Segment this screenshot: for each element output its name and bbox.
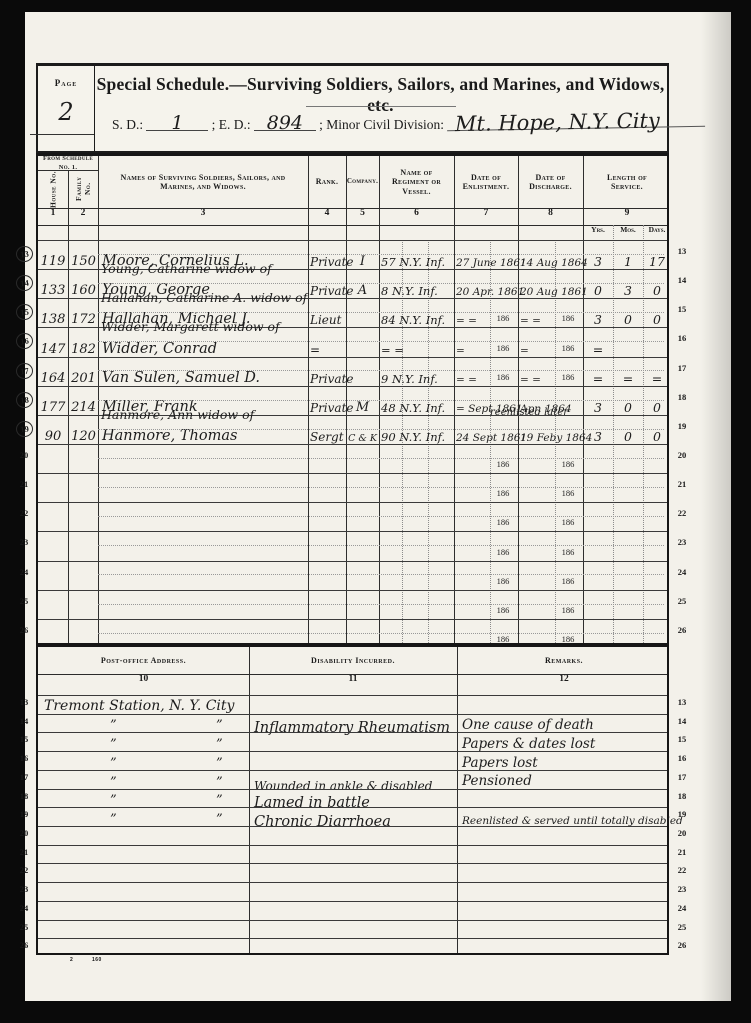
service-months: 3: [613, 283, 643, 298]
service-years: 3: [583, 312, 613, 327]
house-number: 119: [38, 254, 68, 269]
service-days: 17: [643, 254, 671, 269]
col-number-11: 11: [249, 674, 457, 695]
enlistment-year-print: 186: [490, 634, 516, 644]
service-days: 0: [643, 429, 671, 444]
discharge-value: 20 Aug 1861: [520, 286, 588, 298]
row-number: 15: [673, 734, 691, 744]
table-row: Tremont Station, N. Y. City: [38, 695, 667, 715]
rank-header: Rank.: [308, 156, 346, 208]
regiment-value: 8 N.Y. Inf.: [381, 284, 438, 298]
page-number-rule: [30, 134, 94, 135]
plate-mark: 2: [70, 957, 73, 963]
sd-value: 1: [146, 116, 208, 131]
enlistment-year-print: 186: [490, 459, 516, 469]
row-number: 19: [673, 809, 691, 819]
table-row: 164201Van Sulen, Samuel D.Private9 N.Y. …: [38, 357, 667, 387]
col-number-1: 1: [38, 208, 68, 225]
enlistment-value: = =: [456, 315, 477, 327]
discharge-value: =: [520, 345, 529, 357]
row-number: 16: [15, 332, 34, 350]
row-number: 17: [673, 772, 691, 782]
table-row: 186186: [38, 561, 667, 591]
address-disability-table: Post-office Address. Disability Incurred…: [36, 645, 669, 955]
table-row: 186186: [38, 473, 667, 503]
service-years: 3: [583, 429, 613, 444]
row-number: 23: [673, 537, 691, 547]
service-days: 0: [643, 312, 671, 327]
row-number: 23: [673, 884, 691, 894]
row-number: 22: [15, 508, 33, 518]
service-years: 3: [583, 254, 613, 269]
service-header: Length of Service.: [583, 156, 671, 208]
row-number: 16: [15, 753, 33, 763]
row-number: 26: [15, 625, 33, 635]
regiment-value: 84 N.Y. Inf.: [381, 313, 445, 327]
service-days: 0: [643, 283, 671, 298]
house-number: 138: [38, 312, 68, 327]
discharge-year-print: 186: [555, 488, 581, 498]
row-number: 14: [673, 275, 691, 285]
service-years: 0: [583, 283, 613, 298]
row-number: 18: [673, 791, 691, 801]
row-number: 18: [15, 791, 33, 801]
right-row-numbers: 1314151617181920212223242526: [673, 693, 691, 955]
discharge-value: = =: [520, 374, 541, 386]
widow-name: Hallahan, Catharine A. widow of: [101, 290, 307, 305]
row-number: 22: [15, 865, 33, 875]
row-number: 21: [673, 847, 691, 857]
row-number: 24: [15, 903, 33, 913]
enlistment-value: = =: [456, 374, 477, 386]
row-number: 20: [15, 450, 33, 460]
house-number: 133: [38, 283, 68, 298]
header-rule: [38, 208, 667, 209]
row-number: 26: [673, 940, 691, 950]
table-row: 186186: [38, 590, 667, 620]
row-number: 16: [673, 333, 691, 343]
regiment-value: 90 N.Y. Inf.: [381, 430, 445, 444]
table-row: [38, 863, 667, 883]
row-number: 13: [15, 697, 33, 707]
enlistment-year-print: 186: [490, 343, 516, 353]
row-number: 19: [15, 420, 34, 438]
discharge-year-print: 186: [555, 547, 581, 557]
house-number: 177: [38, 400, 68, 415]
widow-name: Young, Catharine widow of: [101, 261, 272, 276]
ditto-mark: ”: [110, 812, 117, 827]
service-years: 3: [583, 400, 613, 415]
enlistment-year-print: 186: [490, 576, 516, 586]
discharge-value: 19 Feby 1864: [520, 432, 592, 444]
disability-header: Disability Incurred.: [249, 647, 457, 674]
table-row: ””Chronic DiarrhoeaReenlisted & served u…: [38, 807, 667, 827]
page-cell: Page 2: [38, 66, 95, 151]
remarks-value: One cause of death: [462, 717, 594, 733]
table-row: ””Papers lost: [38, 751, 667, 771]
service-months: 0: [613, 312, 643, 327]
family-no-header: Family No.: [68, 170, 98, 208]
plate-mark: 160: [92, 957, 102, 963]
address-value: Tremont Station, N. Y. City: [44, 698, 234, 714]
ditto-mark: ”: [110, 756, 117, 771]
row-number: 17: [673, 363, 691, 373]
row-number: 19: [673, 421, 691, 431]
table-row: [38, 901, 667, 921]
row-number: 23: [15, 884, 33, 894]
left-row-numbers: 1314151617181920212223242526: [15, 693, 33, 955]
names-header: Names of Surviving Soldiers, Sailors, an…: [100, 156, 306, 208]
ditto-mark: ”: [216, 812, 223, 827]
title-rule: [306, 106, 456, 107]
table-row: [38, 845, 667, 865]
family-number: 172: [68, 312, 99, 327]
row-number: 25: [673, 596, 691, 606]
regiment-value: 9 N.Y. Inf.: [381, 372, 438, 386]
veterans-table: From Schedule No. 1. House No. Family No…: [36, 153, 669, 645]
enlistment-year-print: 186: [490, 547, 516, 557]
left-row-numbers: 1314151617181920212223242526: [15, 237, 33, 645]
yrs-subheader: Yrs.: [583, 225, 613, 240]
table-row: 186186: [38, 444, 667, 474]
mcd-value: Mt. Hope, N.Y. City: [447, 114, 705, 132]
rank-value: Sergt: [310, 430, 344, 444]
page-label: Page: [38, 78, 94, 88]
family-number: 150: [68, 254, 99, 269]
table-row: [38, 938, 667, 958]
header-rule: [38, 225, 667, 226]
company-value: C & K: [346, 433, 379, 444]
row-number: 20: [673, 450, 691, 460]
soldier-name: Van Sulen, Samuel D.: [102, 370, 260, 386]
company-value: I: [346, 254, 379, 269]
family-number: 201: [68, 371, 99, 386]
soldier-name: Hanmore, Thomas: [102, 428, 237, 444]
discharge-year-print: 186: [555, 576, 581, 586]
ditto-mark: ”: [110, 775, 117, 790]
discharge-year-print: 186: [555, 372, 581, 382]
enlistment-header: Date of Enlistment.: [454, 156, 518, 208]
row-number: 17: [15, 772, 33, 782]
remarks-value: Papers & dates lost: [462, 736, 595, 752]
col-number-5: 5: [346, 208, 379, 225]
enlistment-year-print: 186: [490, 517, 516, 527]
family-number: 182: [68, 342, 99, 357]
house-number: 164: [38, 371, 68, 386]
row-number: 14: [15, 716, 33, 726]
enlistment-value: =: [456, 345, 465, 357]
row-number: 13: [15, 245, 34, 263]
service-months: =: [613, 371, 643, 386]
col-number-8: 8: [518, 208, 583, 225]
days-subheader: Days.: [643, 225, 671, 240]
family-number: 214: [68, 400, 99, 415]
widow-name: Widder, Margarett widow of: [101, 319, 280, 334]
ed-value: 894: [254, 116, 316, 131]
row-number: 22: [673, 508, 691, 518]
row-number: 15: [15, 303, 34, 321]
discharge-header: Date of Discharge.: [518, 156, 583, 208]
discharge-value: = =: [520, 315, 541, 327]
service-years: =: [583, 371, 613, 386]
title-cell: Special Schedule.—Surviving Soldiers, Sa…: [94, 66, 667, 151]
service-days: =: [643, 371, 671, 386]
service-months: 0: [613, 429, 643, 444]
table-row: 186186: [38, 502, 667, 532]
col-number-12: 12: [457, 674, 671, 695]
row-number: 21: [673, 479, 691, 489]
row-number: 25: [673, 922, 691, 932]
scanned-document: Page 2 Special Schedule.—Surviving Soldi…: [0, 0, 751, 1023]
table-row: ””Lamed in battle: [38, 789, 667, 809]
company-value: A: [346, 283, 379, 298]
row-number: 24: [15, 567, 33, 577]
regiment-header: Name of Regiment or Vessel.: [379, 156, 454, 208]
enlistment-year-print: 186: [490, 313, 516, 323]
table-row: [38, 920, 667, 940]
house-number: 90: [38, 429, 68, 444]
rank-value: Lieut: [310, 313, 341, 327]
service-months: 0: [613, 400, 643, 415]
row-number: 23: [15, 537, 33, 547]
row-number: 14: [673, 716, 691, 726]
row-number: 24: [673, 567, 691, 577]
family-number: 160: [68, 283, 99, 298]
row-number: 20: [15, 828, 33, 838]
discharge-year-print: 186: [555, 634, 581, 644]
district-line: S. D.: 1 ; E. D.: 894 ; Minor Civil Divi…: [112, 116, 661, 133]
house-number: 147: [38, 342, 68, 357]
house-no-header: House No.: [38, 170, 68, 208]
mcd-label: ; Minor Civil Division:: [319, 117, 444, 132]
enlistment-year-print: 186: [490, 488, 516, 498]
sd-label: S. D.:: [112, 117, 143, 132]
table-row: [38, 826, 667, 846]
page-number: 2: [38, 98, 94, 126]
col-number-3: 3: [98, 208, 308, 225]
ditto-mark: ”: [216, 793, 223, 808]
regiment-value: = =: [381, 343, 404, 357]
family-number: 120: [68, 429, 99, 444]
table-row: 186186: [38, 531, 667, 561]
regiment-value: 57 N.Y. Inf.: [381, 255, 445, 269]
row-number: 16: [673, 753, 691, 763]
row-number: 25: [15, 922, 33, 932]
table-row: ””Wounded in ankle & disabledPensioned: [38, 770, 667, 790]
table-body: Tremont Station, N. Y. City””Inflammator…: [38, 695, 667, 953]
header-rule: [38, 674, 667, 675]
ditto-mark: ”: [216, 737, 223, 752]
soldier-name: Widder, Conrad: [102, 341, 217, 357]
from-schedule-header: From Schedule No. 1.: [38, 156, 98, 171]
row-number: 21: [15, 479, 33, 489]
row-number: 26: [15, 940, 33, 950]
ditto-mark: ”: [110, 793, 117, 808]
row-number: 19: [15, 809, 33, 819]
table-row: 90120Hanmore, Ann widow ofHanmore, Thoma…: [38, 415, 667, 445]
rank-value: Private: [310, 372, 354, 386]
mos-subheader: Mos.: [613, 225, 643, 240]
rank-value: =: [310, 343, 320, 357]
table-row: ””Papers & dates lost: [38, 732, 667, 752]
row-number: 15: [15, 734, 33, 744]
enlistment-year-print: 186: [490, 605, 516, 615]
row-number: 17: [15, 362, 34, 380]
discharge-year-print: 186: [555, 605, 581, 615]
enlistment-year-print: 186: [490, 372, 516, 382]
row-number: 13: [673, 246, 691, 256]
remarks-header: Remarks.: [457, 647, 671, 674]
address-header: Post-office Address.: [38, 647, 249, 674]
ed-label: ; E. D.:: [212, 117, 251, 132]
service-months: 1: [613, 254, 643, 269]
row-number: 25: [15, 596, 33, 606]
remarks-value: Papers lost: [462, 755, 538, 771]
table-body: 119150Moore, Cornelius L.PrivateI57 N.Y.…: [38, 240, 667, 643]
row-number: 21: [15, 847, 33, 857]
table-row: 147182Widder, Margarett widow ofWidder, …: [38, 327, 667, 357]
row-number: 14: [15, 274, 34, 292]
ditto-mark: ”: [216, 718, 223, 733]
enlistment-value: 27 June 1861: [456, 257, 527, 269]
row-number: 18: [15, 391, 34, 409]
discharge-year-print: 186: [555, 343, 581, 353]
enlistment-value: 24 Sept 1861: [456, 432, 527, 444]
discharge-year-print: 186: [555, 459, 581, 469]
ditto-mark: ”: [110, 718, 117, 733]
service-years: =: [583, 342, 613, 357]
right-row-numbers: 1314151617181920212223242526: [673, 237, 691, 645]
ditto-mark: ”: [216, 775, 223, 790]
enlistment-value: 20 Apr. 1861: [456, 286, 524, 298]
row-number: 24: [673, 903, 691, 913]
row-number: 22: [673, 865, 691, 875]
company-value: M: [346, 400, 379, 415]
ditto-mark: ”: [216, 756, 223, 771]
col-number-4: 4: [308, 208, 346, 225]
col-number-7: 7: [454, 208, 518, 225]
service-days: 0: [643, 400, 671, 415]
col-number-6: 6: [379, 208, 454, 225]
remarks-value: Pensioned: [462, 773, 532, 790]
discharge-year-print: 186: [555, 517, 581, 527]
discharge-year-print: 186: [555, 313, 581, 323]
table-row: ””Inflammatory RheumatismOne cause of de…: [38, 714, 667, 734]
col-number-10: 10: [38, 674, 249, 695]
col-number-9: 9: [583, 208, 671, 225]
discharge-value: 14 Aug 1864: [520, 257, 588, 269]
row-number: 20: [673, 828, 691, 838]
company-header: Company.: [346, 156, 379, 208]
row-number: 15: [673, 304, 691, 314]
table-row: [38, 882, 667, 902]
widow-name: Hanmore, Ann widow of: [101, 407, 254, 422]
regiment-value: 48 N.Y. Inf.: [381, 401, 445, 415]
row-number: 13: [673, 697, 691, 707]
col-number-2: 2: [68, 208, 98, 225]
row-number: 18: [673, 392, 691, 402]
row-number: 26: [673, 625, 691, 635]
schedule-header: Page 2 Special Schedule.—Surviving Soldi…: [36, 63, 669, 153]
ditto-mark: ”: [110, 737, 117, 752]
